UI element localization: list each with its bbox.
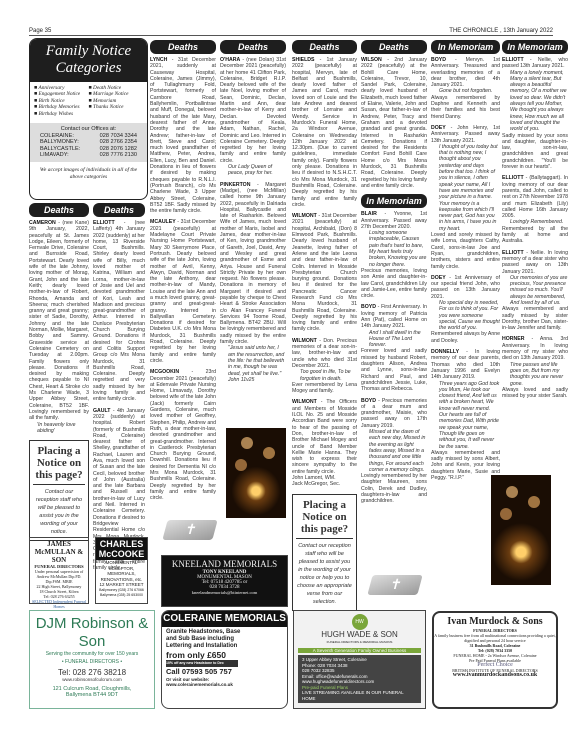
placing-notice-box: Placing a Notice on this page? Contact o… [29,440,89,541]
column-5: Deaths SHIELDS - 1st January 2022 (peace… [292,40,357,617]
ad-james-mcmullan: JAMES McMULLAN & SON FUNERAL DIRECTORS U… [29,537,89,604]
text: Time passes and life goes on, But from m… [502,362,568,387]
text: Always remembered and sadly missed by si… [502,306,568,331]
text: No special day is needed, For us to thin… [431,300,500,331]
text: JAMES McMULLAN & SON [32,540,86,564]
accept-images-note: We accept images of individuals in all o… [30,165,147,182]
text: I thought of you today but that is nothi… [431,144,500,232]
text: WILMONT [292,338,317,344]
text: www.ivanmurdockandsons.co.uk [434,673,556,678]
text: BALLYCASTLE: [40,146,80,153]
text: Sadly missed by your sons and daughter, … [502,133,568,171]
deaths-heading: Deaths [150,40,216,54]
category-item: Thanks Notice [89,104,144,110]
category-item: Birthday Wishes [34,111,89,117]
text: DOEY [431,125,446,131]
contact-offices: Contact our Offices at: COLERAINE:028 70… [30,123,147,162]
text: - 31st December 2021, suddenly at Causew… [150,57,216,214]
category-list: Anniversary Death Notice Engagement Noti… [30,82,147,120]
notice-boyd-2: BOYD - Precious memories of a dear mum a… [361,398,427,505]
column-7: In Memoriam BOYD - Mervyn. 1st Anniversa… [431,40,500,486]
office-row: BALLYCASTLE:028 2076 1282 [40,146,137,153]
notice-elliott: ELLIOTT - (nee Lafferty) 4th January 202… [93,220,145,403]
notice-doey: DOEY - John Henry, 1st Anniversary. Pass… [431,125,500,270]
text: - Margaret (Madge), (nee McMillan) calle… [220,182,286,345]
text: Precious memories, loving son Arnie and … [361,268,427,299]
text: 12 MARKET STREET [96,582,147,588]
text: LYNCH [150,57,167,63]
text: www.robinsonsofculcrum.com [30,677,154,682]
text: And I shall dwell in the House of The Lo… [361,330,427,349]
family-notice-categories: Family Notice Categories Anniversary Dea… [29,38,148,200]
text: Family Notice [30,43,147,60]
text: www.colerainememorials.co.uk [166,682,283,687]
text: Loved and sorely missed by wife Lorna, d… [431,232,500,270]
text: Serving the community for over 150 years [30,651,154,657]
text: Always remembered by Daphne and Kenneth … [431,95,500,120]
text: Ballymena (028) 25 653000 [96,593,147,599]
text: COLERAINE MEMORIALS [162,611,287,627]
text: McCOOKE [96,549,147,559]
text: ELLIOTT [93,220,115,226]
header-rule [29,35,553,36]
office-row: BALLYMONEY:028 2766 2354 [40,139,137,146]
text: HW [352,614,368,630]
text: 10% off any new Headstone to Dec [166,660,238,667]
text: Lovingly Remembered. [502,219,568,225]
text: ELLIOTT [502,250,524,256]
text: LIMAVADY: [40,152,69,159]
notice-wilmont-3: WILMONT - The Officers and Members of Mo… [292,399,357,487]
text: Our Lady Queen of peace, pray for her. [220,164,286,177]
notice-boyd-1: BOYD - First Anniversary. In loving memo… [361,304,427,392]
text: 028 7776 2130 [100,152,137,159]
text: Placing a Notice on this page? [33,445,85,485]
text: FUNERAL DIRECTORS & MEMORIAL MASONS [294,640,425,646]
text: A family business free from all multinat… [434,633,556,643]
text: Placing a Notice on this page? [296,499,353,539]
text: Always loved and sadly missed by your si… [502,387,568,400]
text: ELLIOTT [502,175,524,181]
deaths-heading: Deaths [361,40,427,54]
text: 028 7034 3344 [100,133,137,140]
notice-mcauley: MCAULEY - 31st December 2021 (peacefully… [150,219,216,364]
text: - 31st December 2021 (peacefully) at Mad… [150,219,216,364]
text: - The Officers and Members of Mosside IL… [292,399,357,474]
text: Under personal supervision of Andrew McM… [32,569,86,584]
notice-mcgookin: MCGOOKIN - 23rd December 2021 (peacefull… [150,369,216,501]
text: WILSON [361,57,382,63]
text: • FUNERAL DIRECTORS • [30,659,154,665]
column-3: Deaths LYNCH - 31st December 2021, sudde… [150,40,216,506]
text: MCGOOKIN [150,369,179,375]
text: - 2nd January 2022 (peacefully) at the B… [361,57,427,189]
text: Losing someone irreplaceable, Causes pai… [361,230,427,268]
masthead-date: THE CHRONICLE , 13th January 2022 [449,28,553,34]
text: Lovingly remembered by her daughter Maur… [361,473,427,504]
text: Jack McGregor, Sec. [292,481,357,487]
ad-kneeland-memorials: KNEELAND MEMORIALS TONY KNEELAND MONUMEN… [161,555,288,607]
text: O'HARA [220,57,240,63]
text: from only £650 [166,650,283,660]
notice-lynch: LYNCH - 31st December 2021, suddenly at … [150,57,216,214]
ad-charles-mccooke: CHARLESMcCOOKE MONUMENTALSCULPTOR,MEMORI… [95,537,148,604]
candle-image [491,475,551,585]
text: - (nee Dolan) 31st December 2021 (peacef… [220,57,286,164]
office-row: COLERAINE:028 7034 3344 [40,133,137,140]
text: A Seventh Generation Family Owned Busine… [298,648,421,654]
text: - (Ballytaggart). In loving memory of ou… [502,175,568,219]
column-8: In Memoriam ELLIOTT - Nellie, who passed… [502,40,568,404]
page-number: Page 35 [29,28,51,34]
text: HUGH WADE & SON [294,630,425,640]
notice-ohara: O'HARA - (nee Dolan) 31st December 2021 … [220,57,286,177]
ad-djm-robinson: DJM Robinson & Son Serving the community… [29,610,155,709]
text: Ivan Murdock & Sons [434,615,556,628]
text: Contact our reception staff who will be … [296,542,353,606]
notice-doey-2: DOEY - 1st Anniversary of our special fr… [431,275,500,344]
ad-ivan-murdock: Ivan Murdock & Sons FUNERAL DIRECTORS A … [432,611,558,709]
text: Three years ago God took you Mum, He too… [431,381,500,450]
notice-elliott-3: ELLIOTT - Nellie. In loving memory of a … [502,250,568,332]
text: KNEELAND MEMORIALS [162,559,287,570]
notice-shields: SHIELDS - 1st January 2022 (peacefully) … [292,57,357,208]
text: Many a lonely moment, Many a silent tear… [502,70,568,133]
text: COLERAINE: [40,133,74,140]
text: Too good in life, To be forgotten in dea… [292,369,357,382]
text: Lettering and Installation [166,643,283,650]
text: Gone but not forgotten. [431,88,500,94]
deaths-heading: Deaths [292,40,357,54]
categories-title: Family Notice Categories [30,39,147,82]
notice-pinkerton: PINKERTON - Margaret (Madge), (nee McMil… [220,182,286,384]
text: - (nee Kane) 9th January, 2022, peaceful… [29,220,89,421]
text: Tel: 028 276 38218 [30,668,154,677]
column-1: Deaths CAMERON - (nee Kane) 9th January,… [29,203,89,547]
notice-elliott-1: ELLIOTT - Nellie, who passed 13th Januar… [502,57,568,170]
text: SHIELDS [292,57,314,63]
text: GAULT [93,408,110,414]
column-2: Deaths ELLIOTT - (nee Lafferty) 4th Janu… [93,203,145,576]
text: BOYD [361,398,376,404]
notice-wilmont: WILMONT - 31st December 2021 (peacefully… [292,213,357,333]
candle-image [226,428,286,518]
text: Forever loved and sadly missed by husban… [361,348,427,392]
text: Contact our Offices at: [40,126,137,133]
text: SELECTED Independent Funeral Homes [32,599,86,609]
text: Categories [30,60,147,77]
notice-boyd: BOYD - Mervyn. 1st Anniversary. Treasure… [431,57,500,120]
deaths-heading: Deaths [29,203,89,217]
text: 028 2766 2354 [100,139,137,146]
column-6: Deaths WILSON - 2nd January 2022 (peacef… [361,40,427,510]
text: Contact our reception staff who will be … [33,488,85,536]
text: Ballymena BT44 9DT [30,692,154,698]
text: BOYD [431,57,446,63]
text: ELLIOTT [502,57,524,63]
text: BOYD [361,304,376,310]
notice-donnelly: DONNELLY - In loving memory of our dear … [431,349,500,481]
text: Remembered by all the family at home and… [502,226,568,245]
text: HORNER [502,336,524,342]
deaths-heading: Deaths [220,40,286,54]
notice-blair: BLAIR - Yvonne, 1st Anniversary. Passed … [361,211,427,299]
in-memoriam-heading: In Memoriam [431,40,500,54]
text: Missed at the dawn of each new day, Miss… [361,429,427,473]
text: WILMONT [292,213,317,219]
column-4: Deaths O'HARA - (nee Dolan) 31st Decembe… [220,40,286,388]
text: Granite Headstones, Base [166,629,283,636]
text: 028 2076 1282 [100,146,137,153]
deaths-heading: Deaths [93,203,145,217]
ad-coleraine-memorials: COLERAINE MEMORIALS Granite Headstones, … [161,610,288,709]
text: Always remembered and sadly missed by so… [431,450,500,481]
in-memoriam-heading: In Memoriam [502,40,568,54]
text: DONNELLY [431,349,459,355]
text: - 31st December 2021 (peacefully) at hos… [292,213,357,332]
text: "Jesus said unto her, I am the resurrect… [220,345,286,383]
bible-icon [162,520,217,540]
text: Remembered always by Anne and Dooley. [431,331,500,344]
office-row: LIMAVADY:028 7776 2130 [40,152,137,159]
text: DOEY [431,275,446,281]
ad-hugh-wade: HW HUGH WADE & SON FUNERAL DIRECTORS & M… [293,610,426,709]
text: and Sub Base including [166,636,283,643]
placing-notice-box: Placing a Notice on this page? Contact o… [292,494,357,611]
text: LIVE STREAMING AVAILABLE IN OUR FUNERAL … [302,690,417,701]
notice-cameron: CAMERON - (nee Kane) 9th January, 2022, … [29,220,89,434]
notice-wilmont-2: WILMONT - Don. Precious memories of a de… [292,338,357,395]
text: DJM Robinson & Son [30,615,154,651]
notice-horner: HORNER - Anna. 3rd Anniversary. In lovin… [502,336,568,399]
text: 'In heavenly love abiding' [29,422,89,435]
text: Our memories of you are precious, Your p… [502,275,568,306]
text: Call 07593 505 757 [166,667,283,677]
text: MCAULEY [150,219,176,225]
text: Ever remembered by Lena Mogey and family… [292,382,357,395]
notice-wilson: WILSON - 2nd January 2022 (peacefully) a… [361,57,427,189]
text: BALLYMONEY: [40,139,79,146]
text: - (nee Lafferty) 4th January 2022 (sudde… [93,220,145,402]
bible-icon [367,575,422,595]
text: CAMERON [29,220,56,226]
text: - 1st January 2022 (peacefully) at hospi… [292,57,357,208]
text: BLAIR [361,211,377,217]
notice-elliott-2: ELLIOTT - (Ballytaggart). In loving memo… [502,175,568,244]
text: CHARLES [96,539,147,549]
text: PINKERTON [220,182,250,188]
text: WILMONT [292,399,317,405]
in-memoriam-heading: In Memoriam [361,194,427,208]
text: kneelandmemorials@btinternet.com [162,590,287,595]
text: - 23rd December 2021 (peacefully) at Ede… [150,369,216,501]
